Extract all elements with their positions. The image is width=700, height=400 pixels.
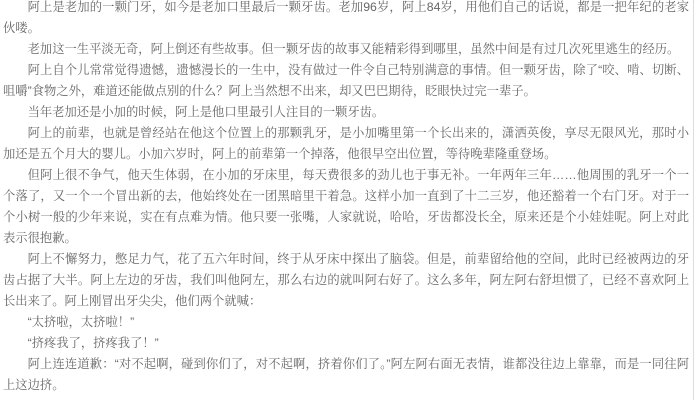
paragraph: 阿上自个儿常常觉得遗憾，遗憾漫长的一生中，没有做过一件令自己特别满意的事情。但一… — [3, 60, 689, 102]
paragraph: 阿上的前辈，也就是曾经站在他这个位置上的那颗乳牙，是小加嘴里第一个长出来的，潇洒… — [3, 123, 689, 165]
paragraph: 老加这一生平淡无奇，阿上倒还有些故事。但一颗牙齿的故事又能精彩得到哪里，虽然中间… — [3, 39, 689, 60]
story-text: 阿上是老加的一颗门牙，如今是老加口里最后一颗牙齿。老加96岁，阿上84岁，用他们… — [3, 0, 689, 396]
document-page: 阿上是老加的一颗门牙，如今是老加口里最后一颗牙齿。老加96岁，阿上84岁，用他们… — [0, 0, 700, 400]
paragraph: 阿上连连道歉：“对不起啊，碰到你们了，对不起啊，挤着你们了。”阿左阿右面无表情，… — [3, 354, 689, 396]
paragraph: 阿上不懈努力，憋足力气，花了五六年时间，终于从牙床中探出了脑袋。但是，前辈留给他… — [3, 249, 689, 312]
paragraph: “太挤啦，太挤啦！” — [3, 312, 689, 333]
paragraph: 当年老加还是小加的时候，阿上是他口里最引人注目的一颗牙齿。 — [3, 102, 689, 123]
paragraph: 但阿上很不争气，他天生体弱，在小加的牙床里，每天费很多的劲儿也于事无补。一年两年… — [3, 165, 689, 249]
paragraph: 阿上是老加的一颗门牙，如今是老加口里最后一颗牙齿。老加96岁，阿上84岁，用他们… — [3, 0, 689, 39]
panel-right-border — [693, 0, 694, 400]
paragraph: “挤疼我了，挤疼我了！” — [3, 333, 689, 354]
